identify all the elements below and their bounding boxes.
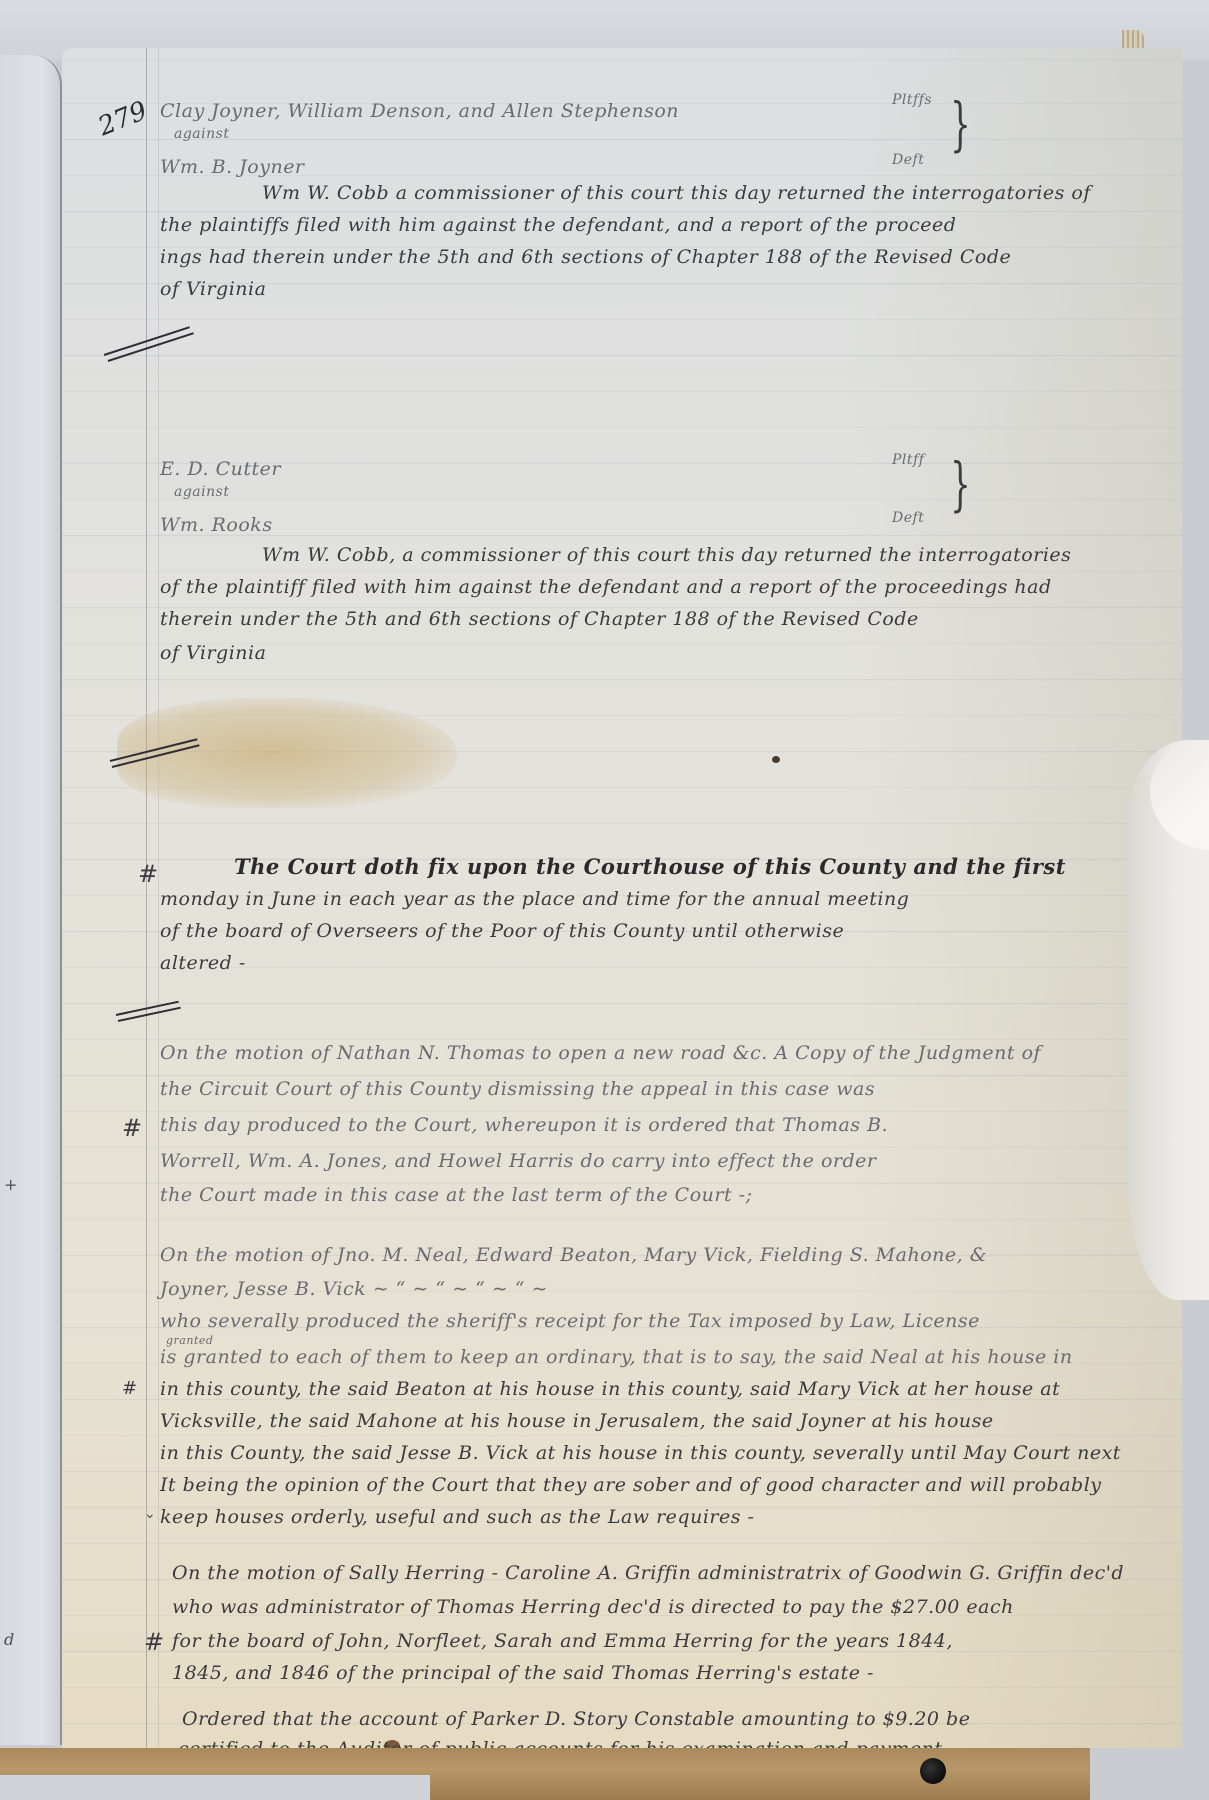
text-line: of the board of Overseers of the Poor of… — [160, 920, 844, 942]
text-line: Ordered that the account of Parker D. St… — [182, 1708, 970, 1730]
text-line: for the board of John, Norfleet, Sarah a… — [172, 1630, 953, 1652]
text-line: in this county, the said Beaton at his h… — [160, 1378, 1060, 1400]
left-margin-mark: d — [4, 1630, 14, 1649]
text-line: On the motion of Jno. M. Neal, Edward Be… — [160, 1244, 987, 1266]
text-line: On the motion of Sally Herring - Carolin… — [172, 1562, 1124, 1584]
text-line: the Court made in this case at the last … — [160, 1184, 752, 1206]
text-line: Worrell, Wm. A. Jones, and Howel Harris … — [160, 1150, 876, 1172]
text-line: of Virginia — [160, 642, 266, 664]
text-line: monday in June in each year as the place… — [160, 888, 909, 910]
text-line: who was administrator of Thomas Herring … — [172, 1596, 1014, 1618]
margin-hash-mark: # — [144, 1628, 164, 1656]
text-line: is granted to each of them to keep an or… — [160, 1346, 1073, 1368]
text-line: this day produced to the Court, whereupo… — [160, 1114, 888, 1136]
text-line: in this County, the said Jesse B. Vick a… — [160, 1442, 1121, 1464]
margin-hash-mark: # — [122, 1378, 137, 1399]
text-line: certified to the Auditor of public accou… — [178, 1738, 949, 1748]
text-line: Wm W. Cobb a commissioner of this court … — [262, 182, 1091, 204]
text-line: It being the opinion of the Court that t… — [160, 1474, 1102, 1496]
brace: } — [950, 90, 970, 158]
plaintiffs: E. D. Cutter — [160, 458, 281, 480]
plaintiffs-label: Pltffs — [892, 92, 932, 108]
text-line: keep houses orderly, useful and such as … — [160, 1506, 754, 1528]
against-label: against — [174, 126, 229, 142]
facing-page-edge: + d — [0, 55, 62, 1745]
plaintiffs: Clay Joyner, William Denson, and Allen S… — [160, 100, 679, 122]
margin-hash-mark: # — [138, 860, 158, 888]
left-margin-mark: + — [4, 1175, 17, 1194]
margin-tick: ⌄ — [144, 1506, 156, 1522]
text-line: 1845, and 1846 of the principal of the s… — [172, 1662, 874, 1684]
screw-head — [920, 1758, 946, 1784]
text-line: of Virginia — [160, 278, 266, 300]
text-line: On the motion of Nathan N. Thomas to ope… — [160, 1042, 1041, 1064]
text-line: who severally produced the sheriff's rec… — [160, 1310, 980, 1332]
text-line: of the plaintiff filed with him against … — [160, 576, 1052, 598]
text-line: The Court doth fix upon the Courthouse o… — [234, 854, 1066, 879]
text-line: the Circuit Court of this County dismiss… — [160, 1078, 875, 1100]
against-label: against — [174, 484, 229, 500]
brace: } — [950, 450, 970, 518]
defendant-label: Deft — [892, 510, 924, 526]
margin-hash-mark: # — [122, 1114, 142, 1142]
margin-rule — [146, 48, 147, 1748]
margin-rule-secondary — [158, 48, 159, 1748]
text-line: Vicksville, the said Mahone at his house… — [160, 1410, 994, 1432]
defendant: Wm. B. Joyner — [160, 156, 305, 178]
text-line: ings had therein under the 5th and 6th s… — [160, 246, 1011, 268]
defendant-label: Deft — [892, 152, 924, 168]
ink-blot — [772, 756, 780, 763]
text-line: therein under the 5th and 6th sections o… — [160, 608, 919, 630]
text-line: the plaintiffs filed with him against th… — [160, 214, 956, 236]
defendant: Wm. Rooks — [160, 514, 273, 536]
text-line: Joyner, Jesse B. Vick ∼ “ ∼ “ ∼ “ ∼ “ ∼ — [160, 1278, 548, 1300]
background-surface-bottom — [0, 1775, 430, 1800]
text-line: Wm W. Cobb, a commissioner of this court… — [262, 544, 1071, 566]
plaintiffs-label: Pltff — [892, 452, 924, 468]
text-line: altered - — [160, 952, 246, 974]
ledger-page: 279 Clay Joyner, William Denson, and All… — [62, 48, 1182, 1748]
